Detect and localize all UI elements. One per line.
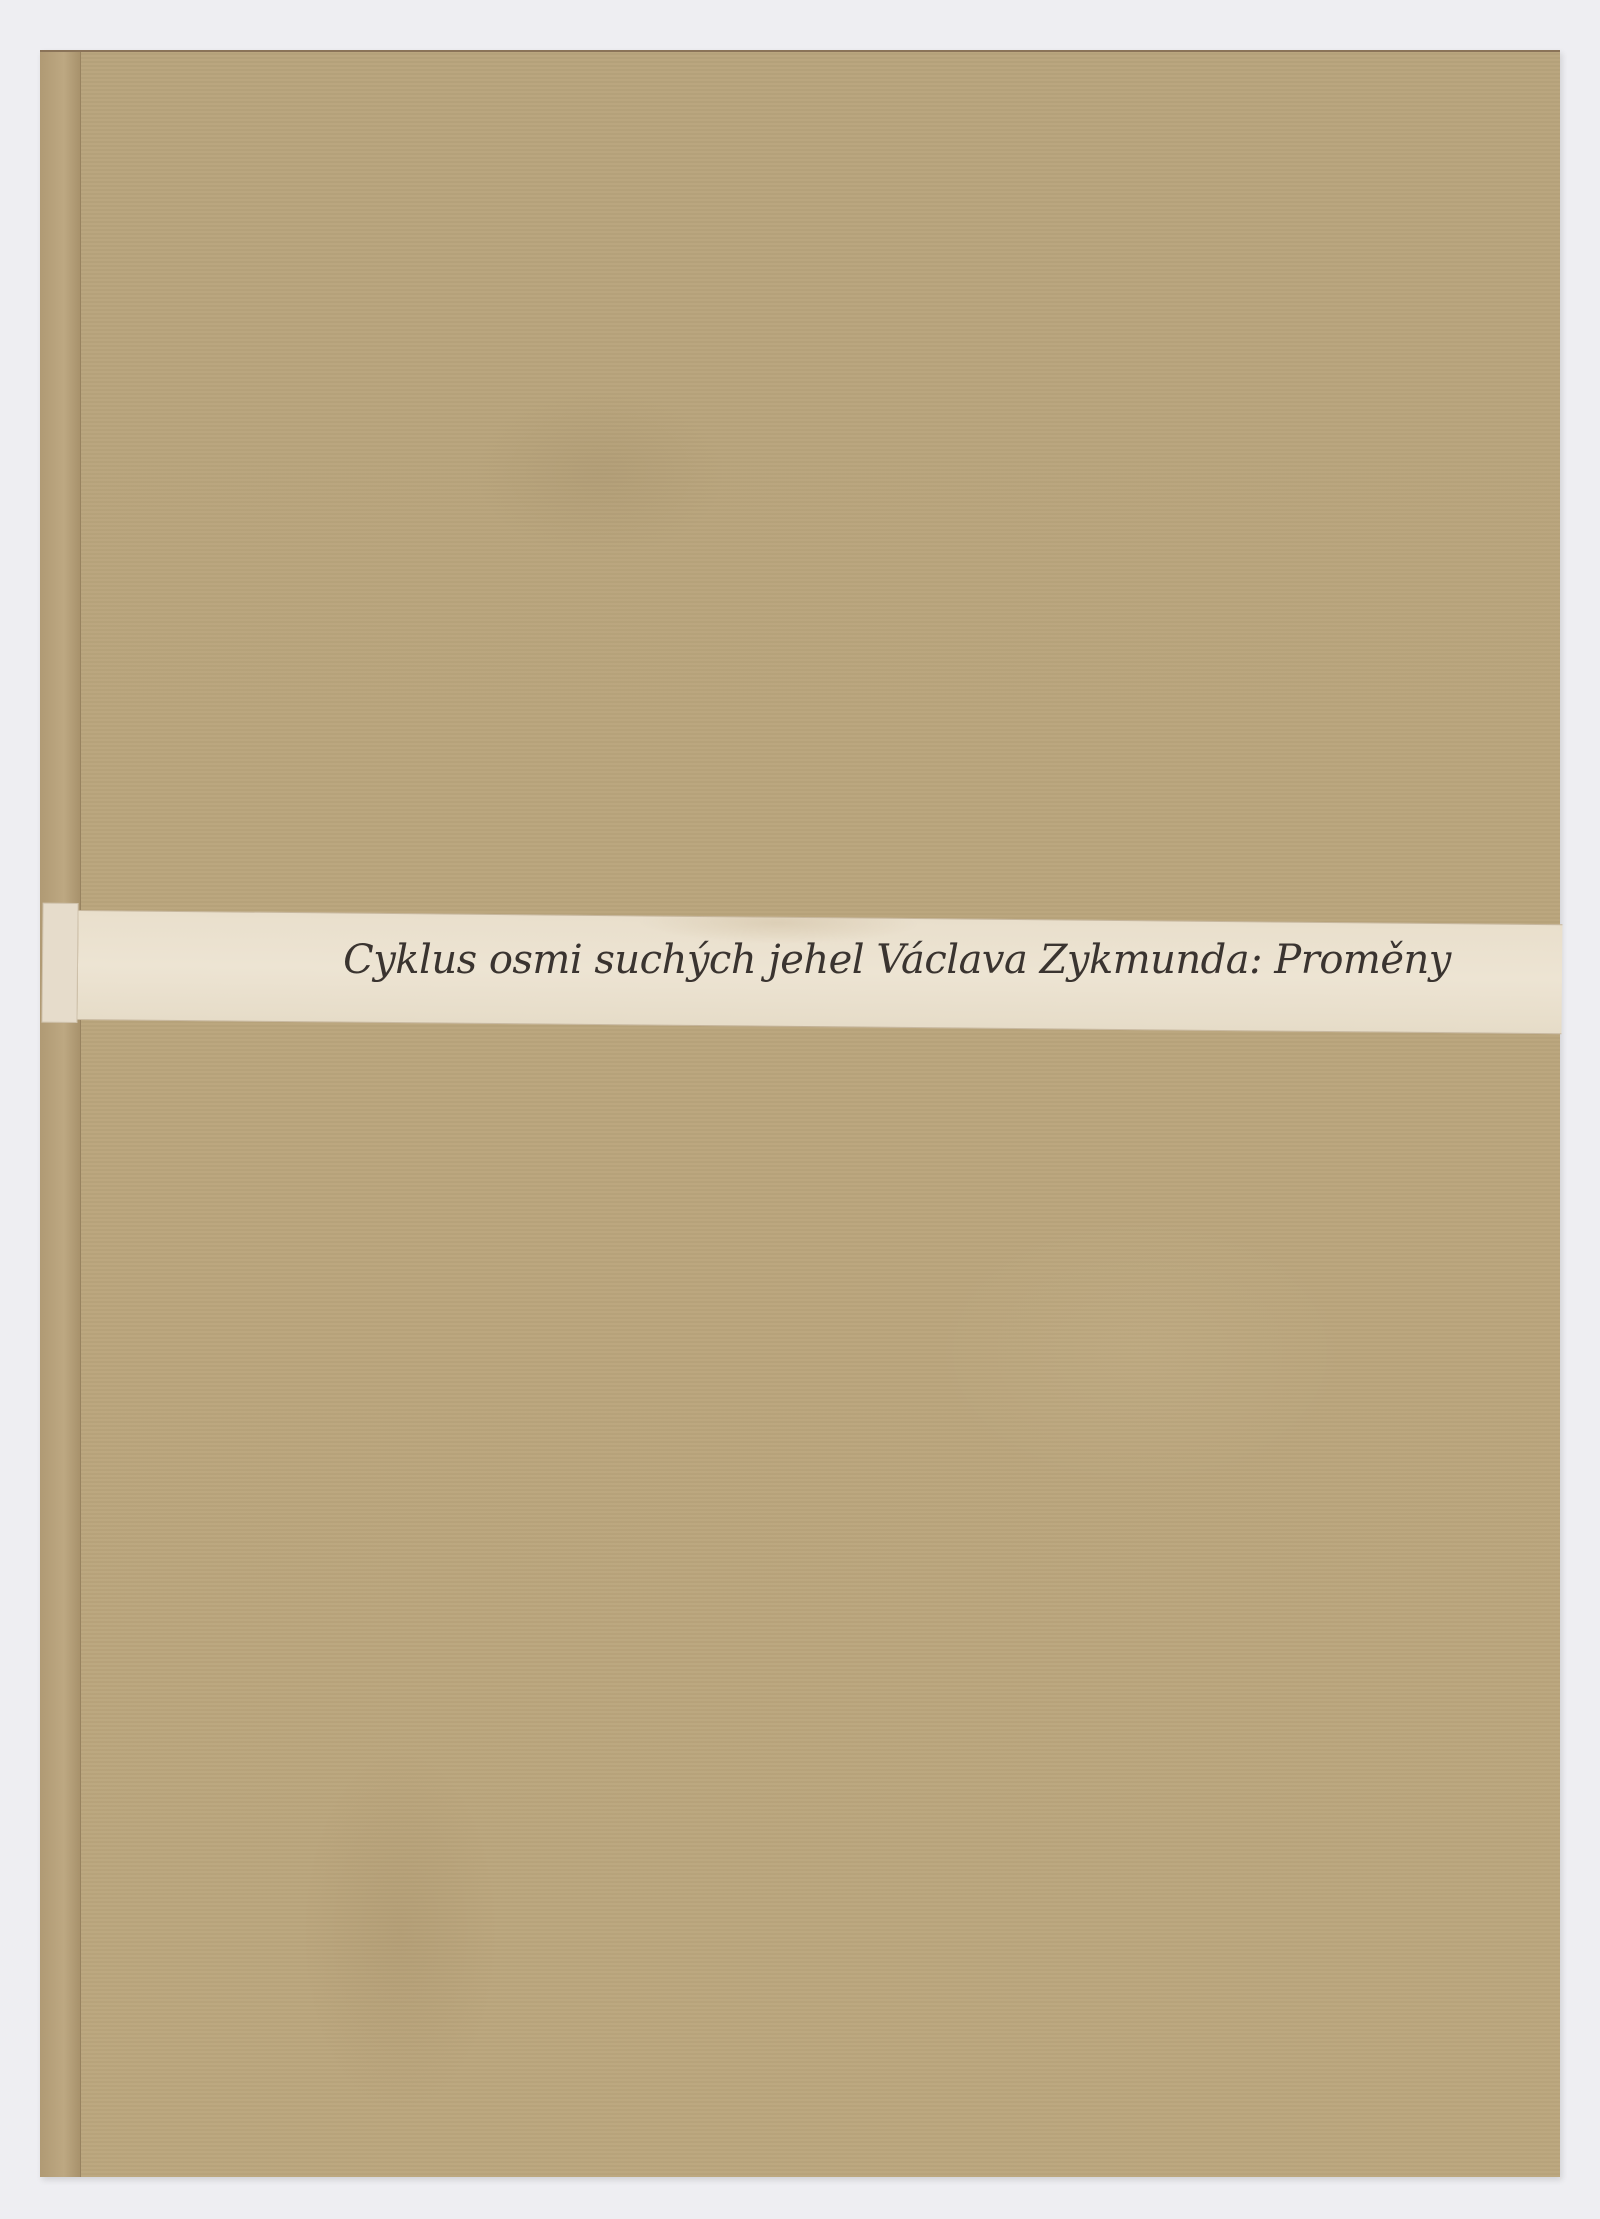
band-title: Cyklus osmi suchých jehel Václava Zykmun… [343, 937, 1451, 983]
book-spine [40, 52, 81, 2177]
paper-band: Cyklus osmi suchých jehel Václava Zykmun… [77, 910, 1562, 1034]
band-flap [41, 903, 78, 1023]
book-cover: Cyklus osmi suchých jehel Václava Zykmun… [40, 50, 1560, 2177]
